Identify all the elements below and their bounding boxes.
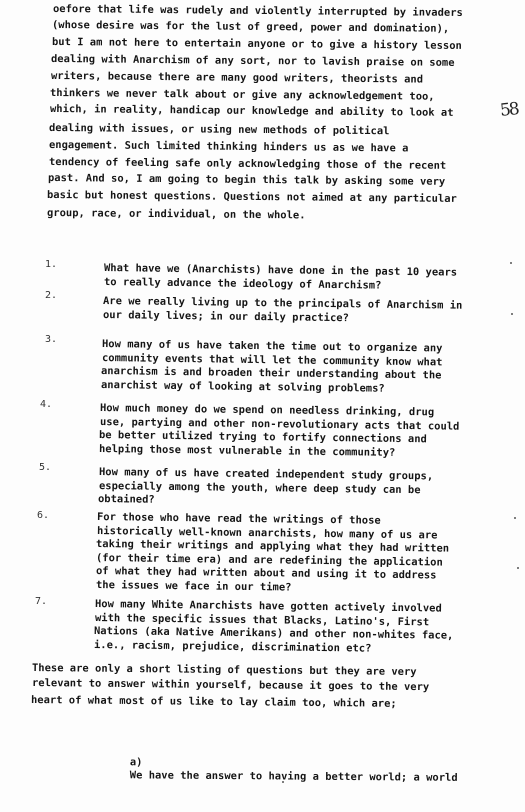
question-line: i.e., racism, prejudice, discrimination …: [94, 639, 372, 656]
question-number: 7.: [35, 596, 47, 607]
question-number: 2.: [45, 290, 57, 301]
scan-speck: [514, 517, 516, 519]
intro-line: (whose desire was for the lust of greed,…: [52, 19, 449, 36]
scan-speck: [282, 781, 284, 783]
intro-line: engagement. Such limited thinking hinder…: [49, 139, 409, 155]
intro-line: past. And so, I am going to begin this t…: [48, 172, 445, 189]
question-number: 4.: [40, 399, 52, 410]
question-line: obtained?: [98, 493, 155, 507]
question-number: 6.: [37, 510, 49, 521]
closing-line: heart of what most of us like to lay cla…: [31, 694, 397, 711]
question-number: 3.: [45, 334, 57, 345]
intro-line: dealing with issues, or using new method…: [49, 122, 390, 138]
intro-line: which, in reality, handicap our knowledg…: [50, 103, 454, 120]
intro-line: oefore that life was rudely and violentl…: [53, 3, 463, 20]
intro-line: tendency of feeling safe only acknowledg…: [49, 156, 446, 173]
scan-speck: [517, 567, 519, 569]
handwritten-page-number: 58: [499, 99, 519, 121]
scanned-document-page: oefore that life was rudely and violentl…: [0, 0, 525, 812]
closing-line: relevant to answer within yourself, beca…: [32, 677, 429, 694]
question-line: our daily lives; in our daily practice?: [103, 309, 349, 325]
sub-item-text: We have the answer to having a better wo…: [130, 769, 458, 784]
question-line: the issues we face in our time?: [95, 579, 291, 595]
question-line: helping those most vulnerable in the com…: [99, 443, 396, 460]
intro-line: thinkers we never talk about or give any…: [50, 87, 435, 104]
question-number: 5.: [39, 462, 51, 473]
intro-line: but I am not here to entertain anyone or…: [52, 36, 462, 53]
intro-line: writers, because there are many good wri…: [51, 70, 423, 87]
question-number: 1.: [45, 259, 57, 270]
question-line: anarchist way of looking at solving prob…: [101, 379, 385, 396]
sub-item-label: a): [130, 756, 143, 768]
intro-line: dealing with Anarchism of any sort, nor …: [51, 53, 455, 70]
intro-line: group, race, or individual, on the whole…: [47, 207, 306, 222]
intro-line: basic but honest questions. Questions no…: [47, 189, 457, 206]
closing-line: These are only a short listing of questi…: [32, 662, 417, 679]
scan-speck: [510, 262, 512, 264]
scan-speck: [511, 313, 513, 315]
